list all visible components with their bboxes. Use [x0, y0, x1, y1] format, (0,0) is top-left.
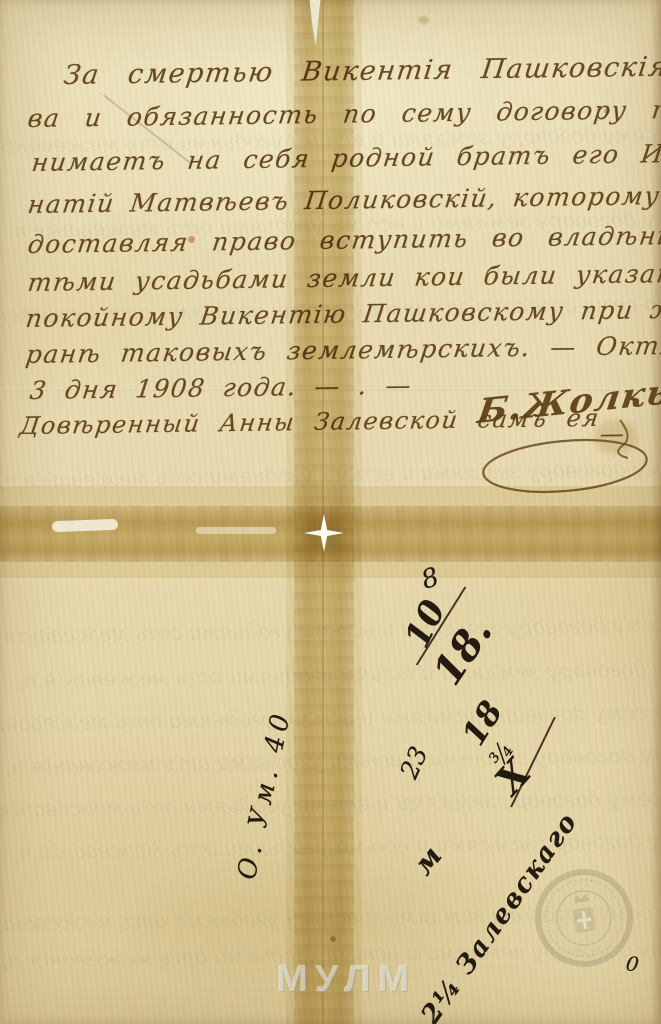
- stain: [418, 16, 429, 24]
- watermark-text: МУЛМ: [276, 958, 416, 1001]
- tape-scratch: [52, 519, 118, 532]
- document-page: по сему договору землями и всѣми угодьям…: [0, 0, 661, 1024]
- ink-annotation: 0: [624, 951, 640, 977]
- tape-scratch: [196, 527, 276, 534]
